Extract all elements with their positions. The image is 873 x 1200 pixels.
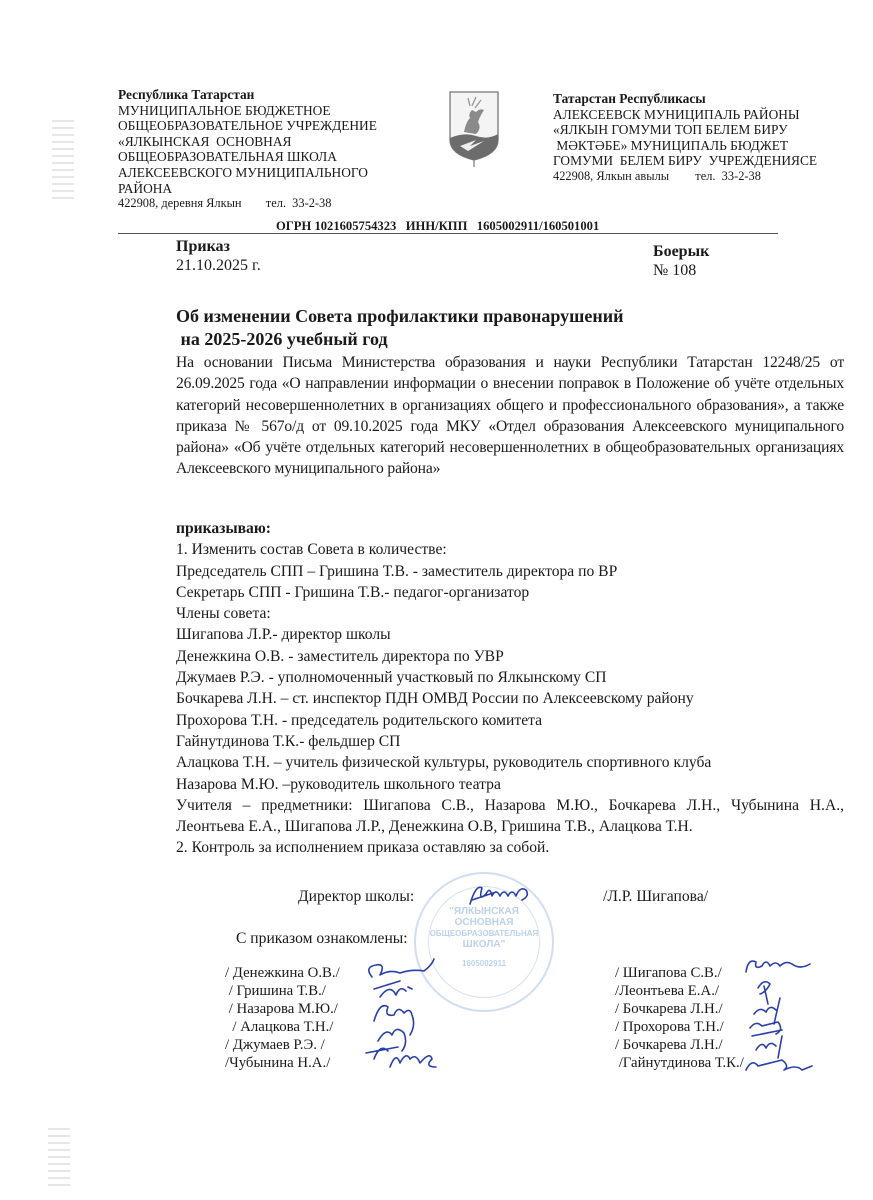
- order-label: Приказ: [176, 237, 261, 256]
- acknowledged-name: / Прохорова Т.Н./: [615, 1018, 744, 1036]
- header-left-line: АЛЕКСЕЕВСКОГО МУНИЦИПАЛЬНОГО: [118, 165, 377, 181]
- order-label-tatar: Боерык: [653, 242, 709, 261]
- acknowledged-name: /Чубынина Н.А./: [225, 1054, 340, 1072]
- stamp-line: ОСНОВНАЯ: [426, 917, 542, 928]
- header-left-region: Республика Татарстан: [118, 87, 377, 103]
- member-item: Алацкова Т.Н. – учитель физической культ…: [176, 752, 856, 773]
- header-right-phone: тел. 33-2-38: [695, 169, 761, 183]
- acknowledged-name: /Гайнутдинова Т.К./: [615, 1054, 744, 1072]
- order-item: Секретарь СПП - Гришина Т.В.- педагог-ор…: [176, 582, 856, 603]
- order-date: 21.10.2025 г.: [176, 256, 261, 275]
- scan-artifact-top: [52, 120, 74, 200]
- acknowledged-name: / Гришина Т.В./: [225, 982, 340, 1000]
- stamp-line: ШКОЛА": [426, 939, 542, 950]
- header-right-line: «ЯЛКЫН ГОМУМИ ТОП БЕЛЕМ БИРУ: [553, 122, 817, 138]
- member-item: Назарова М.Ю. –руководитель школьного те…: [176, 774, 856, 795]
- director-name: /Л.Р. Шигапова/: [603, 886, 708, 907]
- header-right-line: АЛЕКСЕЕВСК МУНИЦИПАЛЬ РАЙОНЫ: [553, 107, 817, 123]
- header-divider: [118, 233, 778, 234]
- order-item: Члены совета:: [176, 603, 856, 624]
- order-number: № 108: [653, 261, 709, 280]
- preamble: На основании Письма Министерства образов…: [176, 352, 844, 480]
- staff-signatures-left-icon: [360, 955, 460, 1080]
- acknowledged-label: С приказом ознакомлены:: [236, 928, 408, 949]
- header-right-line: МӘКТӘБЕ» МУНИЦИПАЛЬ БЮДЖЕТ: [553, 138, 817, 154]
- member-item: Шигапова Л.Р.- директор школы: [176, 624, 856, 645]
- acknowledged-left: / Денежкина О.В./ / Гришина Т.В./ / Наза…: [225, 964, 340, 1072]
- header-right-region: Татарстан Республикасы: [553, 91, 817, 107]
- acknowledged-name: / Шигапова С.В./: [615, 964, 744, 982]
- order-meta-right: Боерык № 108: [653, 242, 709, 280]
- header-left: Республика Татарстан МУНИЦИПАЛЬНОЕ БЮДЖЕ…: [118, 87, 377, 212]
- member-item: Бочкарева Л.Н. – ст. инспектор ПДН ОМВД …: [176, 688, 856, 709]
- header-right-address: 422908, Ялкын авылы: [553, 169, 669, 183]
- acknowledged-name: /Леонтьева Е.А./: [615, 982, 744, 1000]
- acknowledged-name: / Назарова М.Ю./: [225, 1000, 340, 1018]
- acknowledged-name: / Джумаев Р.Э. /: [225, 1036, 340, 1054]
- acknowledged-name: / Денежкина О.В./: [225, 964, 340, 982]
- header-left-line: МУНИЦИПАЛЬНОЕ БЮДЖЕТНОЕ: [118, 103, 377, 119]
- title-line-2: на 2025-2026 учебный год: [176, 328, 623, 351]
- order-item: 1. Изменить состав Совета в количестве:: [176, 539, 856, 560]
- coat-of-arms-icon: [446, 88, 502, 170]
- header-left-address: 422908, деревня Ялкын: [118, 196, 242, 210]
- header-left-line: ОБЩЕОБРАЗОВАТЕЛЬНАЯ ШКОЛА: [118, 149, 377, 165]
- header-right-line: ГОМУМИ БЕЛЕМ БИРУ УЧРЕЖДЕНИЯСЕ: [553, 153, 817, 169]
- header-left-line: «ЯЛКЫНСКАЯ ОСНОВНАЯ: [118, 134, 377, 150]
- acknowledged-name: / Бочкарева Л.Н./: [615, 1036, 744, 1054]
- member-item: Прохорова Т.Н. - председатель родительск…: [176, 710, 856, 731]
- staff-signatures-right-icon: [740, 952, 840, 1082]
- order-item: Председатель СПП – Гришина Т.В. - замест…: [176, 561, 856, 582]
- member-item: Денежкина О.В. - заместитель директора п…: [176, 646, 856, 667]
- order-word: приказываю:: [176, 518, 856, 539]
- document-title: Об изменении Совета профилактики правона…: [176, 305, 623, 351]
- member-item: Джумаев Р.Э. - уполномоченный участковый…: [176, 667, 856, 688]
- director-signature-icon: [466, 880, 536, 910]
- acknowledged-right: / Шигапова С.В./ /Леонтьева Е.А./ / Бочк…: [615, 964, 744, 1072]
- scan-artifact-bottom: [48, 1128, 70, 1188]
- registry-numbers: ОГРН 1021605754323 ИНН/КПП 1605002911/16…: [276, 219, 599, 234]
- header-right: Татарстан Республикасы АЛЕКСЕЕВСК МУНИЦИ…: [553, 91, 817, 185]
- title-line-1: Об изменении Совета профилактики правона…: [176, 305, 623, 328]
- order-meta-left: Приказ 21.10.2025 г.: [176, 237, 261, 275]
- stamp-line: ОБЩЕОБРАЗОВАТЕЛЬНАЯ: [426, 928, 542, 939]
- control-clause: 2. Контроль за исполнением приказа остав…: [176, 837, 856, 858]
- order-body: приказываю: 1. Изменить состав Совета в …: [176, 518, 856, 859]
- header-left-phone: тел. 33-2-38: [266, 196, 332, 210]
- member-item: Гайнутдинова Т.К.- фельдшер СП: [176, 731, 856, 752]
- header-left-line: ОБЩЕОБРАЗОВАТЕЛЬНОЕ УЧРЕЖДЕНИЕ: [118, 118, 377, 134]
- acknowledged-name: / Бочкарева Л.Н./: [615, 1000, 744, 1018]
- director-label: Директор школы:: [298, 886, 414, 907]
- teachers-list: Учителя – предметники: Шигапова С.В., На…: [176, 795, 844, 838]
- header-left-line: РАЙОНА: [118, 181, 377, 197]
- acknowledged-name: / Алацкова Т.Н./: [225, 1018, 340, 1036]
